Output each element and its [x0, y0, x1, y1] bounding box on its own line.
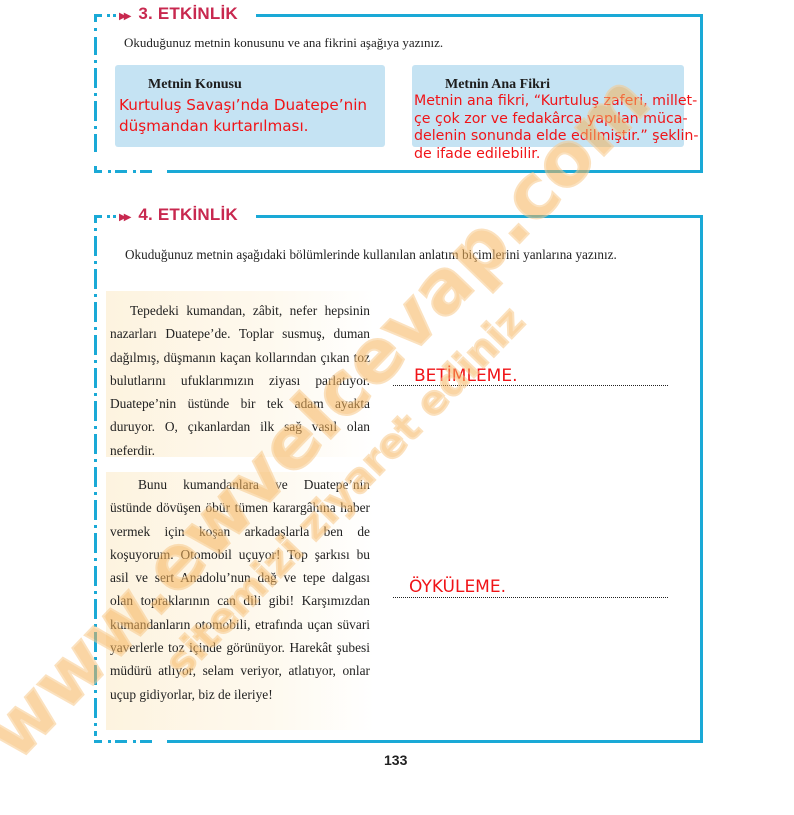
activity-4-instruction: Okuduğunuz metnin aşağıdaki bölümlerinde…	[107, 243, 687, 266]
frame-dash	[94, 434, 97, 454]
topic-box-title: Metnin Konusu	[148, 77, 242, 93]
frame-dot	[94, 525, 97, 528]
topic-answer: Kurtuluş Savaşı’nda Duatepe’nin düşmanda…	[119, 95, 381, 137]
frame-dot	[107, 215, 110, 218]
frame-dash	[94, 134, 97, 152]
activity-3-instruction: Okuduğunuz metnin konusunu ve ana fikrin…	[124, 35, 443, 51]
frame-dot	[94, 93, 97, 96]
main-idea-box-title: Metnin Ana Fikri	[445, 77, 550, 93]
activity-4-title: 4. ETKİNLİK	[138, 205, 238, 224]
frame-dash	[94, 401, 97, 421]
frame-dot	[133, 170, 136, 173]
frame-dash	[94, 302, 97, 322]
frame-dot	[113, 14, 116, 17]
frame-dash	[94, 533, 97, 553]
frame-dot	[94, 360, 97, 363]
activity-4-heading: ▶▶ 4. ETKİNLİK	[119, 205, 238, 225]
double-arrow-right-icon: ▶▶	[119, 212, 128, 223]
frame-dash	[94, 215, 97, 223]
frame-dot	[94, 126, 97, 129]
frame-bottom-line	[167, 170, 703, 173]
frame-dot	[94, 459, 97, 462]
frame-dash	[94, 500, 97, 520]
frame-dash	[94, 335, 97, 355]
frame-dot	[94, 261, 97, 264]
frame-dash	[94, 236, 97, 256]
frame-dot	[94, 28, 97, 31]
frame-dot	[94, 723, 97, 726]
frame-corner	[94, 170, 102, 173]
frame-corner	[94, 740, 102, 743]
frame-dot	[94, 327, 97, 330]
frame-right-line	[700, 215, 703, 743]
frame-dot	[94, 492, 97, 495]
page-number: 133	[384, 752, 407, 768]
activity-3-title: 3. ETKİNLİK	[138, 4, 238, 23]
frame-dash	[140, 740, 152, 743]
frame-dash	[94, 101, 97, 121]
frame-dash	[94, 467, 97, 487]
frame-dot	[94, 426, 97, 429]
answer-line-2[interactable]	[393, 597, 668, 598]
frame-dot	[94, 393, 97, 396]
frame-dash	[94, 14, 97, 22]
double-arrow-right-icon: ▶▶	[119, 11, 128, 22]
frame-dash	[115, 740, 127, 743]
frame-dot	[113, 215, 116, 218]
frame-dot	[94, 228, 97, 231]
passage-2-answer: ÖYKÜLEME.	[409, 577, 506, 597]
activity-3-heading: ▶▶ 3. ETKİNLİK	[119, 4, 238, 24]
frame-dash	[94, 37, 97, 55]
frame-dot	[108, 740, 111, 743]
frame-dot	[94, 558, 97, 561]
frame-top-line	[256, 14, 703, 17]
frame-dot	[133, 740, 136, 743]
frame-dot	[94, 60, 97, 63]
frame-bottom-line	[167, 740, 703, 743]
frame-dot	[108, 170, 111, 173]
frame-dot	[107, 14, 110, 17]
frame-dash	[94, 269, 97, 289]
frame-dash	[94, 731, 97, 736]
frame-dot	[94, 294, 97, 297]
frame-dash	[140, 170, 152, 173]
frame-dash	[115, 170, 127, 173]
frame-dash	[94, 368, 97, 388]
frame-dash	[94, 68, 97, 88]
